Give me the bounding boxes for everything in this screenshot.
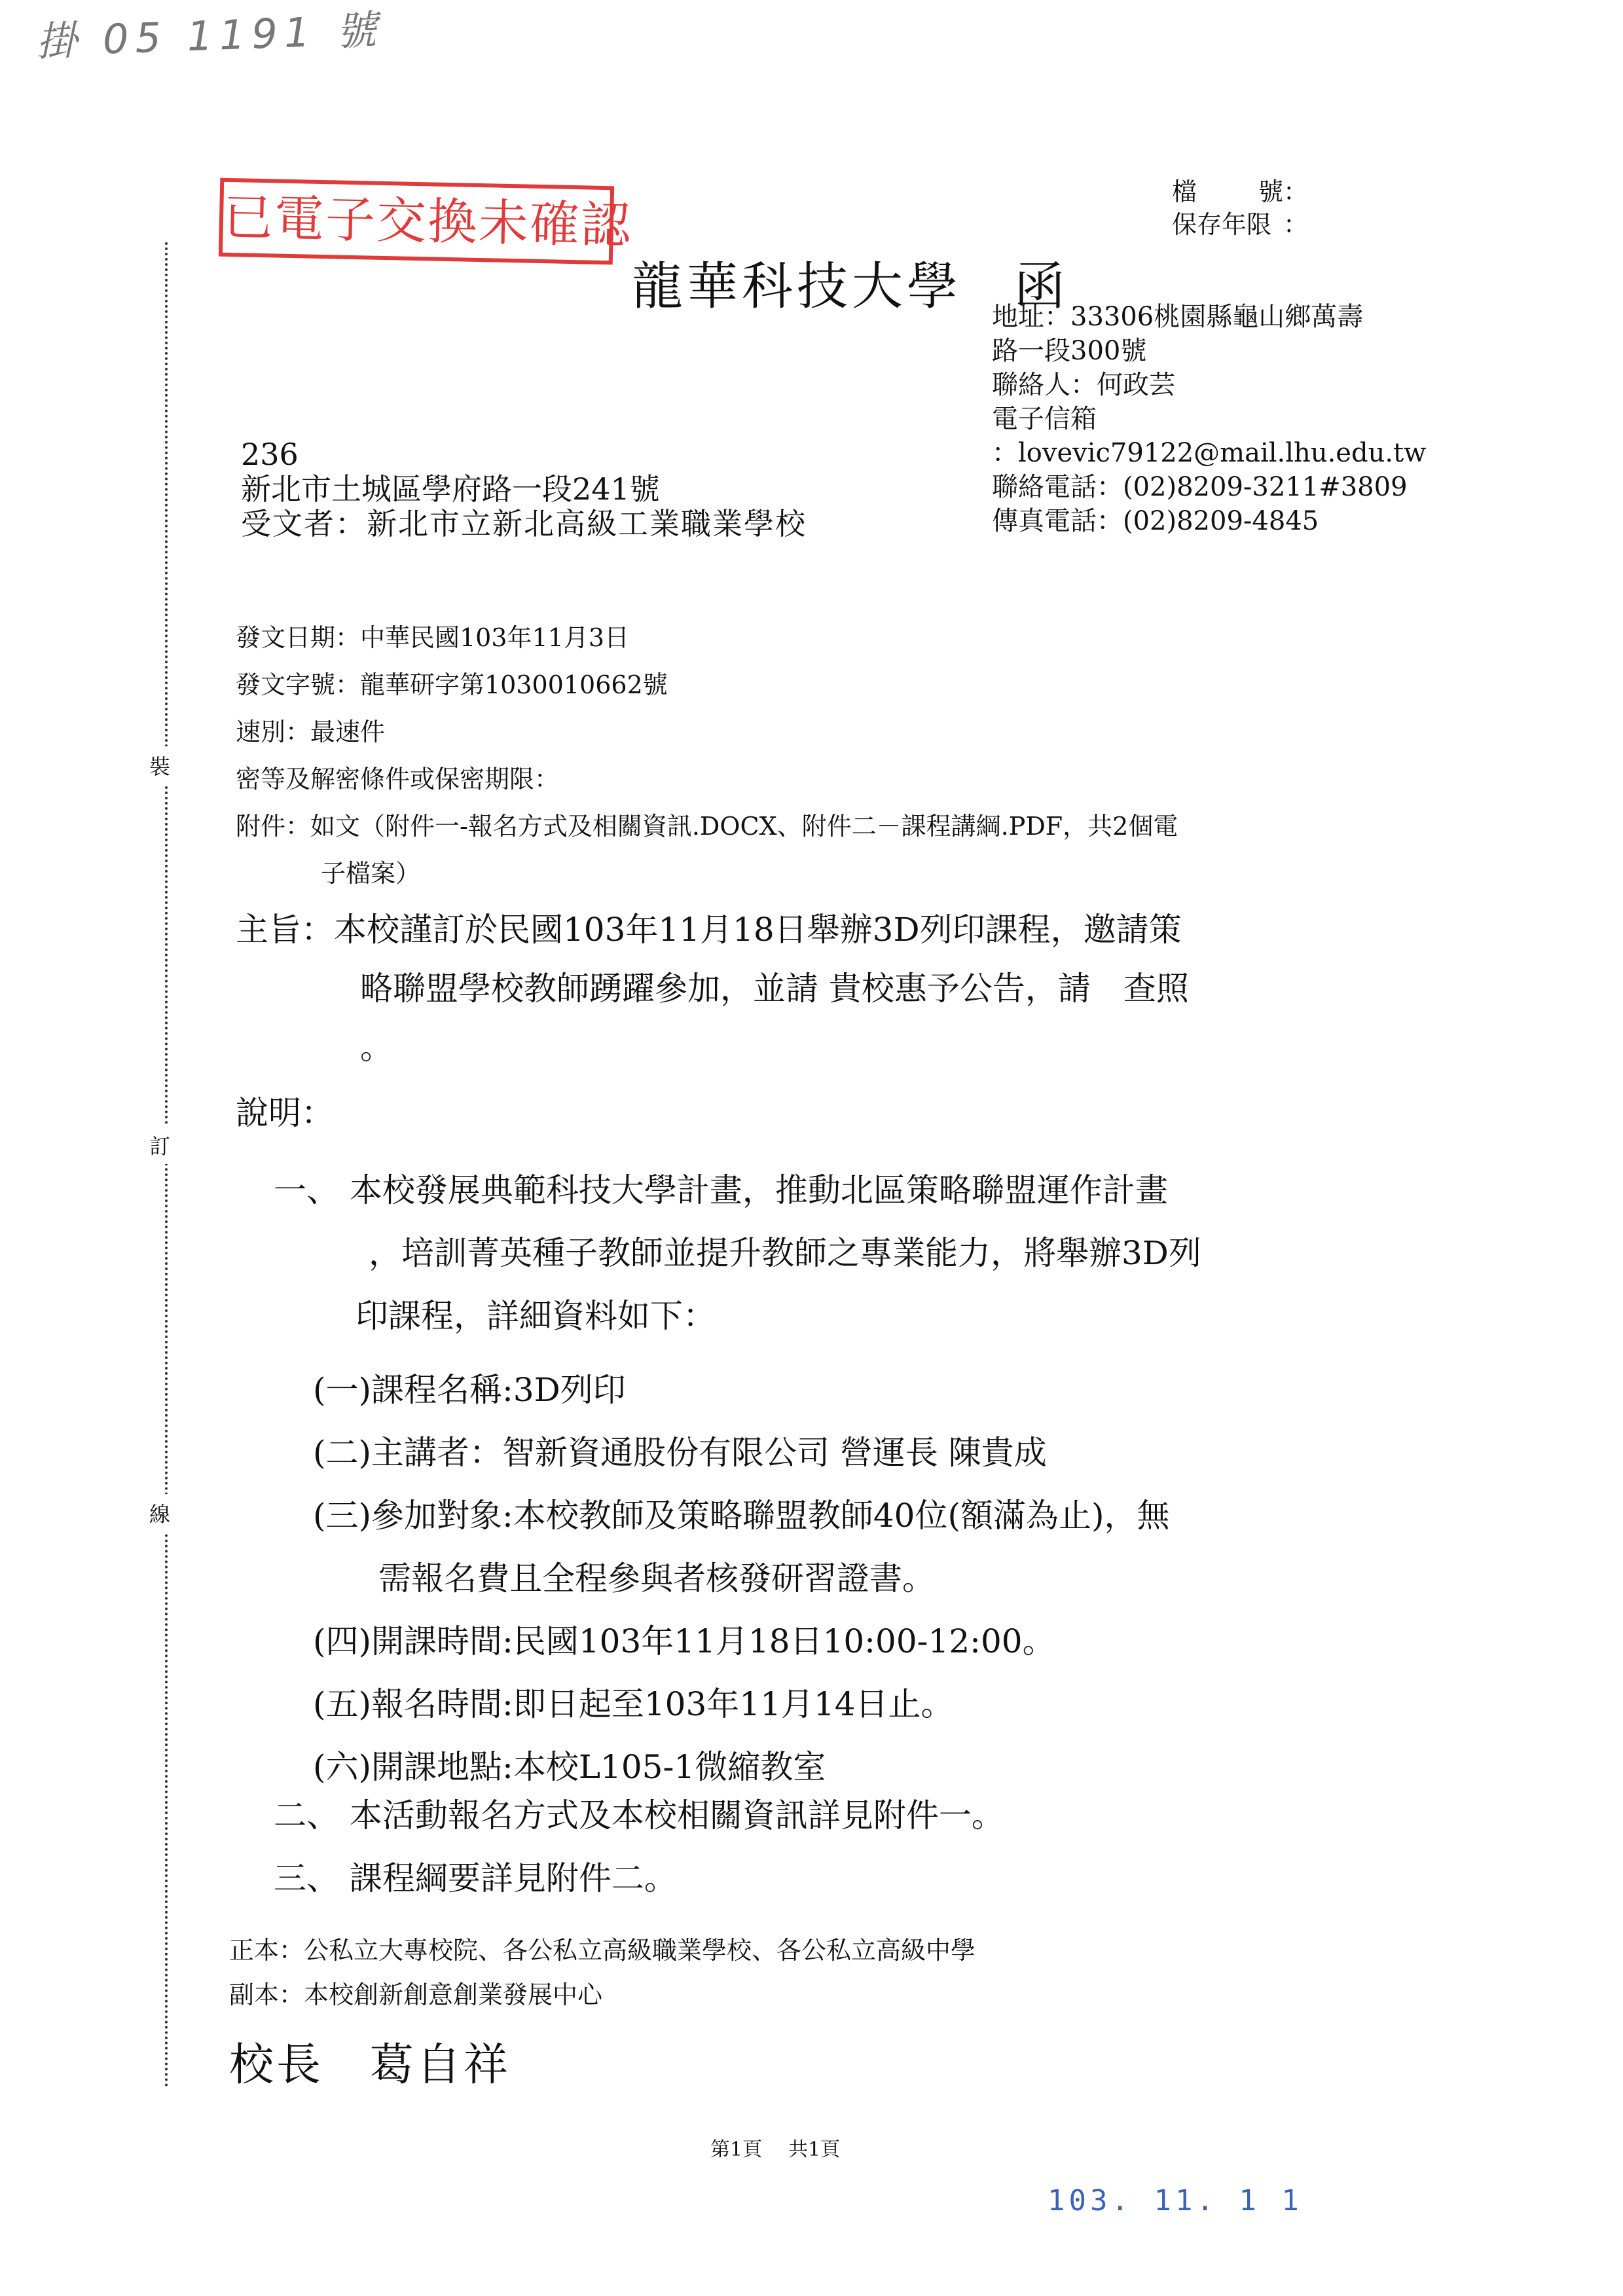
detail-speaker: (二)主講者：智新資通股份有限公司 營運長 陳貴成 [313, 1421, 1170, 1484]
detail-audience: (三)參加對象:本校教師及策略聯盟教師40位(額滿為止)，無 [313, 1484, 1170, 1547]
subject-block: 主旨：本校謹訂於民國103年11月18日舉辦3D列印課程，邀請策 略聯盟學校教師… [236, 900, 1189, 1077]
item1-line-2: ，培訓菁英種子教師並提升教師之專業能力，將舉辦3D列 [274, 1222, 1201, 1285]
document-meta: 發文日期：中華民國103年11月3日 發文字號：龍華研字第1030010662號… [236, 614, 1178, 897]
file-number-label-b: 號 [1258, 175, 1283, 208]
file-number-colon: ： [1283, 175, 1308, 208]
issue-date: 發文日期：中華民國103年11月3日 [236, 614, 1178, 661]
sender-phone: 聯絡電話：(02)8209-3211#3809 [992, 470, 1426, 504]
sender-email-label: 電子信箱 [992, 402, 1426, 436]
sender-address-2: 路一段300號 [992, 334, 1426, 368]
recipient-address: 新北市土城區學府路一段241號 [241, 472, 807, 507]
confidentiality: 密等及解密條件或保密期限： [236, 756, 1178, 803]
binding-char-xian: 線 [149, 1494, 170, 1532]
item1-line-3: 印課程，詳細資料如下： [274, 1285, 1201, 1347]
detail-registration: (五)報名時間:即日起至103年11月14日止。 [313, 1673, 1170, 1736]
detail-course-name: (一)課程名稱:3D列印 [313, 1358, 1170, 1421]
signer-name: 葛自祥 [369, 2039, 511, 2091]
attachments-line-2: 子檔案） [236, 850, 1178, 897]
recipient-block: 236 新北市土城區學府路一段241號 受文者：新北市立新北高級工業職業學校 [241, 437, 807, 541]
retention-colon: ： [1283, 208, 1308, 241]
doc-number: 發文字號：龍華研字第1030010662號 [236, 661, 1178, 708]
copies-block: 正本：公私立大專校院、各公私立高級職業學校、各公私立高級中學 副本：本校創新創意… [229, 1928, 976, 2017]
sender-address-1: 地址：33306桃園縣龜山鄉萬壽 [992, 300, 1426, 334]
file-number-row: 檔號 ： [1172, 175, 1308, 208]
sender-fax: 傳真電話：(02)8209-4845 [992, 504, 1426, 538]
sender-info: 地址：33306桃園縣龜山鄉萬壽 路一段300號 聯絡人：何政芸 電子信箱 ：l… [992, 300, 1426, 538]
recipient-name: 受文者：新北市立新北高級工業職業學校 [241, 507, 807, 541]
explanation-item-1: 一、 本校發展典範科技大學計畫，推動北區策略聯盟運作計畫 ，培訓菁英種子教師並提… [274, 1159, 1201, 1347]
binding-margin-line [165, 242, 168, 2088]
page-number: 第1頁共1頁 [710, 2133, 840, 2162]
item1-line-1: 一、 本校發展典範科技大學計畫，推動北區策略聯盟運作計畫 [274, 1159, 1201, 1222]
file-meta: 檔號 ： 保存年限 ： [1172, 175, 1308, 241]
attachments-line-1: 附件：如文（附件一-報名方式及相關資訊.DOCX、附件二－課程講綱.PDF，共2… [236, 803, 1178, 850]
recipient-postal-code: 236 [241, 437, 807, 472]
electronic-exchange-stamp: 已電子交換未確認 [219, 178, 614, 265]
explanation-item-3: 三、 課程綱要詳見附件二。 [274, 1847, 1004, 1910]
priority: 速別：最速件 [236, 708, 1178, 756]
subject-line-1: 主旨：本校謹訂於民國103年11月18日舉辦3D列印課程，邀請策 [236, 900, 1189, 959]
explanation-heading: 說明： [236, 1087, 334, 1134]
subject-line-3: 。 [236, 1018, 1189, 1077]
org-name: 龍華科技大學 [632, 257, 962, 316]
received-date-stamp: 103. 11. 1 1 [1048, 2184, 1303, 2217]
page-current: 第1頁 [710, 2138, 762, 2161]
sender-contact: 聯絡人：何政芸 [992, 368, 1426, 402]
signature: 校長葛自祥 [229, 2030, 511, 2093]
sender-email: ：lovevic79122@mail.lhu.edu.tw [992, 436, 1426, 470]
course-details: (一)課程名稱:3D列印 (二)主講者：智新資通股份有限公司 營運長 陳貴成 (… [313, 1358, 1170, 1798]
explanation-item-2: 二、 本活動報名方式及本校相關資訊詳見附件一。 [274, 1784, 1004, 1847]
explanation-items-2-3: 二、 本活動報名方式及本校相關資訊詳見附件一。 三、 課程綱要詳見附件二。 [274, 1784, 1004, 1910]
handwritten-registration-note: 掛 05 1191 號 [35, 0, 384, 67]
file-number-label-a: 檔 [1172, 175, 1197, 208]
detail-audience-cont: 需報名費且全程參與者核發研習證書。 [313, 1547, 1170, 1610]
cc-recipients: 副本：本校創新創意創業發展中心 [229, 1973, 976, 2017]
retention-row: 保存年限 ： [1172, 208, 1308, 241]
page-total: 共1頁 [788, 2138, 840, 2161]
retention-label: 保存年限 [1172, 208, 1283, 241]
detail-time: (四)開課時間:民國103年11月18日10:00-12:00。 [313, 1610, 1170, 1673]
subject-line-2: 略聯盟學校教師踴躍參加，並請 貴校惠予公告，請 查照 [236, 959, 1189, 1018]
main-recipients: 正本：公私立大專校院、各公私立高級職業學校、各公私立高級中學 [229, 1928, 976, 1973]
signer-title: 校長 [229, 2039, 323, 2091]
binding-char-ding: 訂 [149, 1126, 170, 1164]
binding-char-zhuang: 裝 [149, 746, 170, 784]
